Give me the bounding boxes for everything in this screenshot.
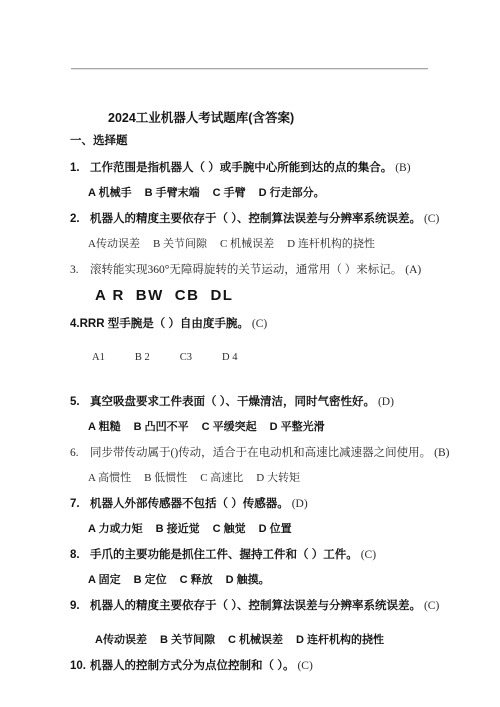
option-item: D 连杆机构的挠性 <box>296 634 384 646</box>
question-block: 5. 真空吸盘要求工件表面（ ）、干燥清洁，同时气密性好。 (D) A 粗糙B … <box>70 365 450 434</box>
question-line: 4. RRR 型手腕是（ ）自由度手腕。 (C) <box>70 317 450 332</box>
question-number: 9. <box>70 599 90 614</box>
question-line: 8. 手爪的主要功能是抓住工件、握持工件和（ ）工件。 (C) <box>70 548 450 563</box>
question-block: 9. 机器人的精度主要依存于（ ）、控制算法误差与分辨率系统误差。 (C) A传… <box>70 587 450 647</box>
question-number: 2. <box>70 212 90 227</box>
question-stem: RRR 型手腕是（ ）自由度手腕。 <box>80 317 249 332</box>
answer-key: (C) <box>361 548 376 563</box>
option-item: D 触摸。 <box>226 574 270 586</box>
question-line: 1. 工作范围是指机器人（ ）或手腕中心所能到达的点的集合。 (B) <box>70 161 450 176</box>
options-line: A RBWCBDL <box>70 287 450 305</box>
question-stem: 手爪的主要功能是抓住工件、握持工件和（ ）工件。 <box>90 548 358 563</box>
question-number: 5. <box>70 395 90 410</box>
answer-key: (B) <box>395 161 410 176</box>
question-block: 10. 机器人的控制方式分为点位控制和（ ）。 (C) <box>70 647 450 674</box>
question-stem: 真空吸盘要求工件表面（ ）、干燥清洁，同时气密性好。 <box>90 395 375 410</box>
options-line: A 高惯性B 低惯性C 高速比D 大转矩 <box>70 471 450 485</box>
option-item: B 接近觉 <box>156 523 200 535</box>
answer-key: (D) <box>292 497 308 512</box>
question-stem: 滚转能实现360°无障碍旋转的关节运动，通常用（ ）来标记。 <box>90 263 402 278</box>
option-item: B 手臂末端 <box>145 187 200 199</box>
option-item: D 4 <box>222 352 237 363</box>
question-line: 10. 机器人的控制方式分为点位控制和（ ）。 (C) <box>70 659 450 674</box>
question-line: 9. 机器人的精度主要依存于（ ）、控制算法误差与分辨率系统误差。 (C) <box>70 599 450 614</box>
question-number: 7. <box>70 497 90 512</box>
question-stem: 机器人的精度主要依存于（ ）、控制算法误差与分辨率系统误差。 <box>90 212 421 227</box>
option-item: C 释放 <box>180 574 213 586</box>
answer-key: (A) <box>405 263 421 278</box>
document-content: 2024工业机器人考试题库(含答案) 一、选择题 1. 工作范围是指机器人（ ）… <box>70 110 450 674</box>
option-item: B 低惯性 <box>144 472 187 484</box>
option-item: DL <box>210 287 233 304</box>
answer-key: (C) <box>297 659 312 674</box>
option-item: A 粗糙 <box>88 421 121 433</box>
option-item: A 高惯性 <box>88 472 131 484</box>
question-stem: 机器人的精度主要依存于（ ）、控制算法误差与分辨率系统误差。 <box>90 599 421 614</box>
options-line: A 机械手B 手臂末端C 手臂D 行走部分。 <box>70 186 450 200</box>
option-item: D 大转矩 <box>256 472 300 484</box>
answer-key: (C) <box>252 317 267 332</box>
option-item: A1 <box>92 352 105 363</box>
question-line: 6. 同步带传动属于()传动，适合于在电动机和高速比减速器之间使用。 (B) <box>70 446 450 461</box>
answer-key: (C) <box>424 599 439 614</box>
page-title: 2024工业机器人考试题库(含答案) <box>70 110 450 126</box>
question-number: 6. <box>70 446 90 461</box>
question-line: 5. 真空吸盘要求工件表面（ ）、干燥清洁，同时气密性好。 (D) <box>70 395 450 410</box>
question-line: 7. 机器人外部传感器不包括（ ）传感器。 (D) <box>70 497 450 512</box>
question-block: 8. 手爪的主要功能是抓住工件、握持工件和（ ）工件。 (C) A 固定B 定位… <box>70 536 450 587</box>
option-item: A传动误差 <box>95 634 147 646</box>
question-number: 8. <box>70 548 90 563</box>
option-item: A 机械手 <box>88 187 132 199</box>
option-item: B 关节间隙 <box>160 634 215 646</box>
question-block: 6. 同步带传动属于()传动，适合于在电动机和高速比减速器之间使用。 (B) A… <box>70 434 450 485</box>
option-item: BW <box>136 287 164 304</box>
option-item: C 手臂 <box>213 187 246 199</box>
section-heading: 一、选择题 <box>70 134 450 149</box>
option-item: D 行走部分。 <box>259 187 325 199</box>
option-item: C 平缓突起 <box>202 421 257 433</box>
options-line: A 力或力矩B 接近觉C 触觉D 位置 <box>70 522 450 536</box>
question-block: 4. RRR 型手腕是（ ）自由度手腕。 (C) A1B 2C3D 4 <box>70 305 450 365</box>
option-item: D 平整光滑 <box>270 421 325 433</box>
option-item: A 固定 <box>88 574 121 586</box>
options-line: A 固定B 定位C 释放D 触摸。 <box>70 573 450 587</box>
question-block: 2. 机器人的精度主要依存于（ ）、控制算法误差与分辨率系统误差。 (C) A传… <box>70 200 450 251</box>
question-number: 4. <box>70 317 80 332</box>
question-stem: 同步带传动属于()传动，适合于在电动机和高速比减速器之间使用。 <box>90 446 431 461</box>
question-block: 1. 工作范围是指机器人（ ）或手腕中心所能到达的点的集合。 (B) A 机械手… <box>70 149 450 200</box>
header-divider <box>71 68 428 70</box>
option-item: D 位置 <box>259 523 292 535</box>
question-list: 1. 工作范围是指机器人（ ）或手腕中心所能到达的点的集合。 (B) A 机械手… <box>70 149 450 674</box>
question-number: 10. <box>70 659 86 674</box>
option-item: B 关节间隙 <box>153 238 207 250</box>
answer-key: (D) <box>378 395 394 410</box>
answer-key: (C) <box>424 212 439 227</box>
option-item: C3 <box>180 352 192 363</box>
question-number: 1. <box>70 161 90 176</box>
document-page: 2024工业机器人考试题库(含答案) 一、选择题 1. 工作范围是指机器人（ ）… <box>0 0 500 707</box>
option-item: B 2 <box>135 352 150 363</box>
option-item: C 机械误差 <box>220 238 274 250</box>
option-item: B 定位 <box>134 574 167 586</box>
option-item: B 凸凹不平 <box>134 421 189 433</box>
question-number: 3. <box>70 263 90 278</box>
answer-key: (B) <box>434 446 449 461</box>
options-line: A1B 2C3D 4 <box>70 351 450 365</box>
option-item: D 连杆机构的挠性 <box>287 238 375 250</box>
question-stem: 工作范围是指机器人（ ）或手腕中心所能到达的点的集合。 <box>90 161 392 176</box>
question-block: 3. 滚转能实现360°无障碍旋转的关节运动，通常用（ ）来标记。 (A) A … <box>70 251 450 305</box>
question-line: 2. 机器人的精度主要依存于（ ）、控制算法误差与分辨率系统误差。 (C) <box>70 212 450 227</box>
option-item: A R <box>95 287 125 304</box>
options-line: A 粗糙B 凸凹不平C 平缓突起D 平整光滑 <box>70 420 450 434</box>
question-stem: 机器人的控制方式分为点位控制和（ ）。 <box>90 659 294 674</box>
question-stem: 机器人外部传感器不包括（ ）传感器。 <box>90 497 289 512</box>
options-line: A传动误差B 关节间隙C 机械误差D 连杆机构的挠性 <box>70 237 450 251</box>
option-item: A 力或力矩 <box>88 523 143 535</box>
option-item: C 触觉 <box>213 523 246 535</box>
question-line: 3. 滚转能实现360°无障碍旋转的关节运动，通常用（ ）来标记。 (A) <box>70 263 450 278</box>
option-item: CB <box>175 287 200 304</box>
option-item: C 机械误差 <box>228 634 283 646</box>
options-line: A传动误差B 关节间隙C 机械误差D 连杆机构的挠性 <box>70 633 450 647</box>
option-item: C 高速比 <box>200 472 243 484</box>
question-block: 7. 机器人外部传感器不包括（ ）传感器。 (D) A 力或力矩B 接近觉C 触… <box>70 485 450 536</box>
option-item: A传动误差 <box>88 238 140 250</box>
